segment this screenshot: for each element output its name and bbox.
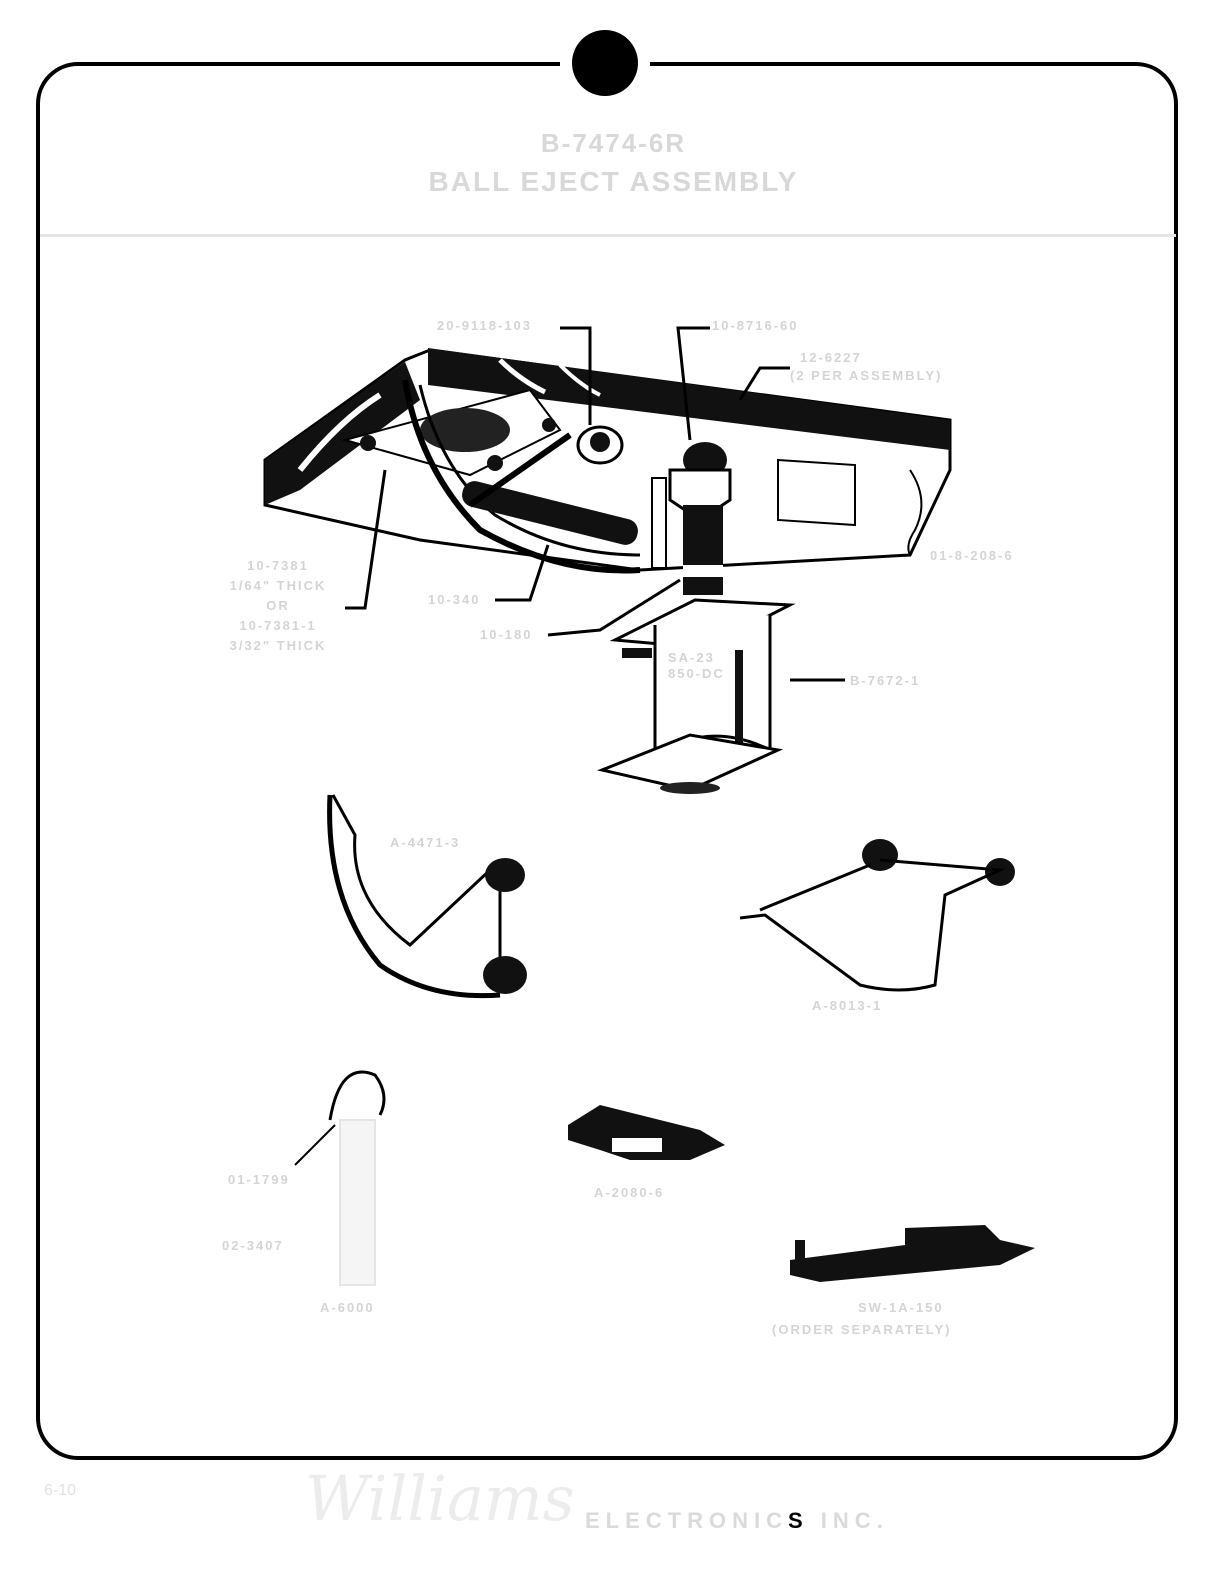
page-number: 6-10	[44, 1482, 76, 1500]
callout-b-7672-1: B-7672-1	[850, 673, 920, 688]
callout-a-8013-1: A-8013-1	[812, 998, 882, 1013]
callout-850-dc: 850-DC	[668, 666, 725, 681]
callout-plate-3: OR	[218, 598, 338, 613]
callout-10-8716-60: 10-8716-60	[712, 318, 799, 333]
company-s: S	[788, 1508, 809, 1533]
company-name: ELECTRONICS INC.	[585, 1508, 889, 1534]
leaf-switch	[790, 1225, 1035, 1282]
coil-bracket	[602, 600, 790, 794]
williams-logo: Williams	[305, 1462, 575, 1535]
callout-a-4471-3: A-4471-3	[390, 835, 460, 850]
callout-10-340: 10-340	[428, 592, 480, 607]
callout-plate-5: 3/32" THICK	[218, 638, 338, 653]
callout-01-8-208-6: 01-8-208-6	[930, 548, 1014, 563]
ejector-arm-left	[330, 795, 527, 996]
company-suffix: INC.	[809, 1508, 889, 1533]
ejector-arm-right	[740, 839, 1015, 990]
small-plate	[568, 1105, 725, 1160]
callout-01-1799: 01-1799	[228, 1172, 290, 1187]
callout-order-separately: (ORDER SEPARATELY)	[772, 1322, 952, 1337]
callout-plate-4: 10-7381-1	[218, 618, 338, 633]
callout-12-6227: 12-6227	[800, 350, 862, 365]
callout-sw-1a-150: SW-1A-150	[858, 1300, 944, 1315]
callout-02-3407: 02-3407	[222, 1238, 284, 1253]
callout-per-assembly: (2 PER ASSEMBLY)	[790, 368, 942, 383]
callout-a-2080-6: A-2080-6	[594, 1185, 664, 1200]
callout-plate-2: 1/64" THICK	[218, 578, 338, 593]
callout-a-6000: A-6000	[320, 1300, 375, 1315]
callout-10-180: 10-180	[480, 627, 532, 642]
callout-sa-23: SA-23	[668, 650, 715, 665]
callout-20-9118-103: 20-9118-103	[437, 318, 532, 333]
rod-part	[295, 1072, 384, 1285]
callout-plate-1: 10-7381	[218, 558, 338, 573]
company-prefix: ELECTRONIC	[585, 1508, 788, 1533]
exploded-diagram	[0, 0, 1227, 1586]
